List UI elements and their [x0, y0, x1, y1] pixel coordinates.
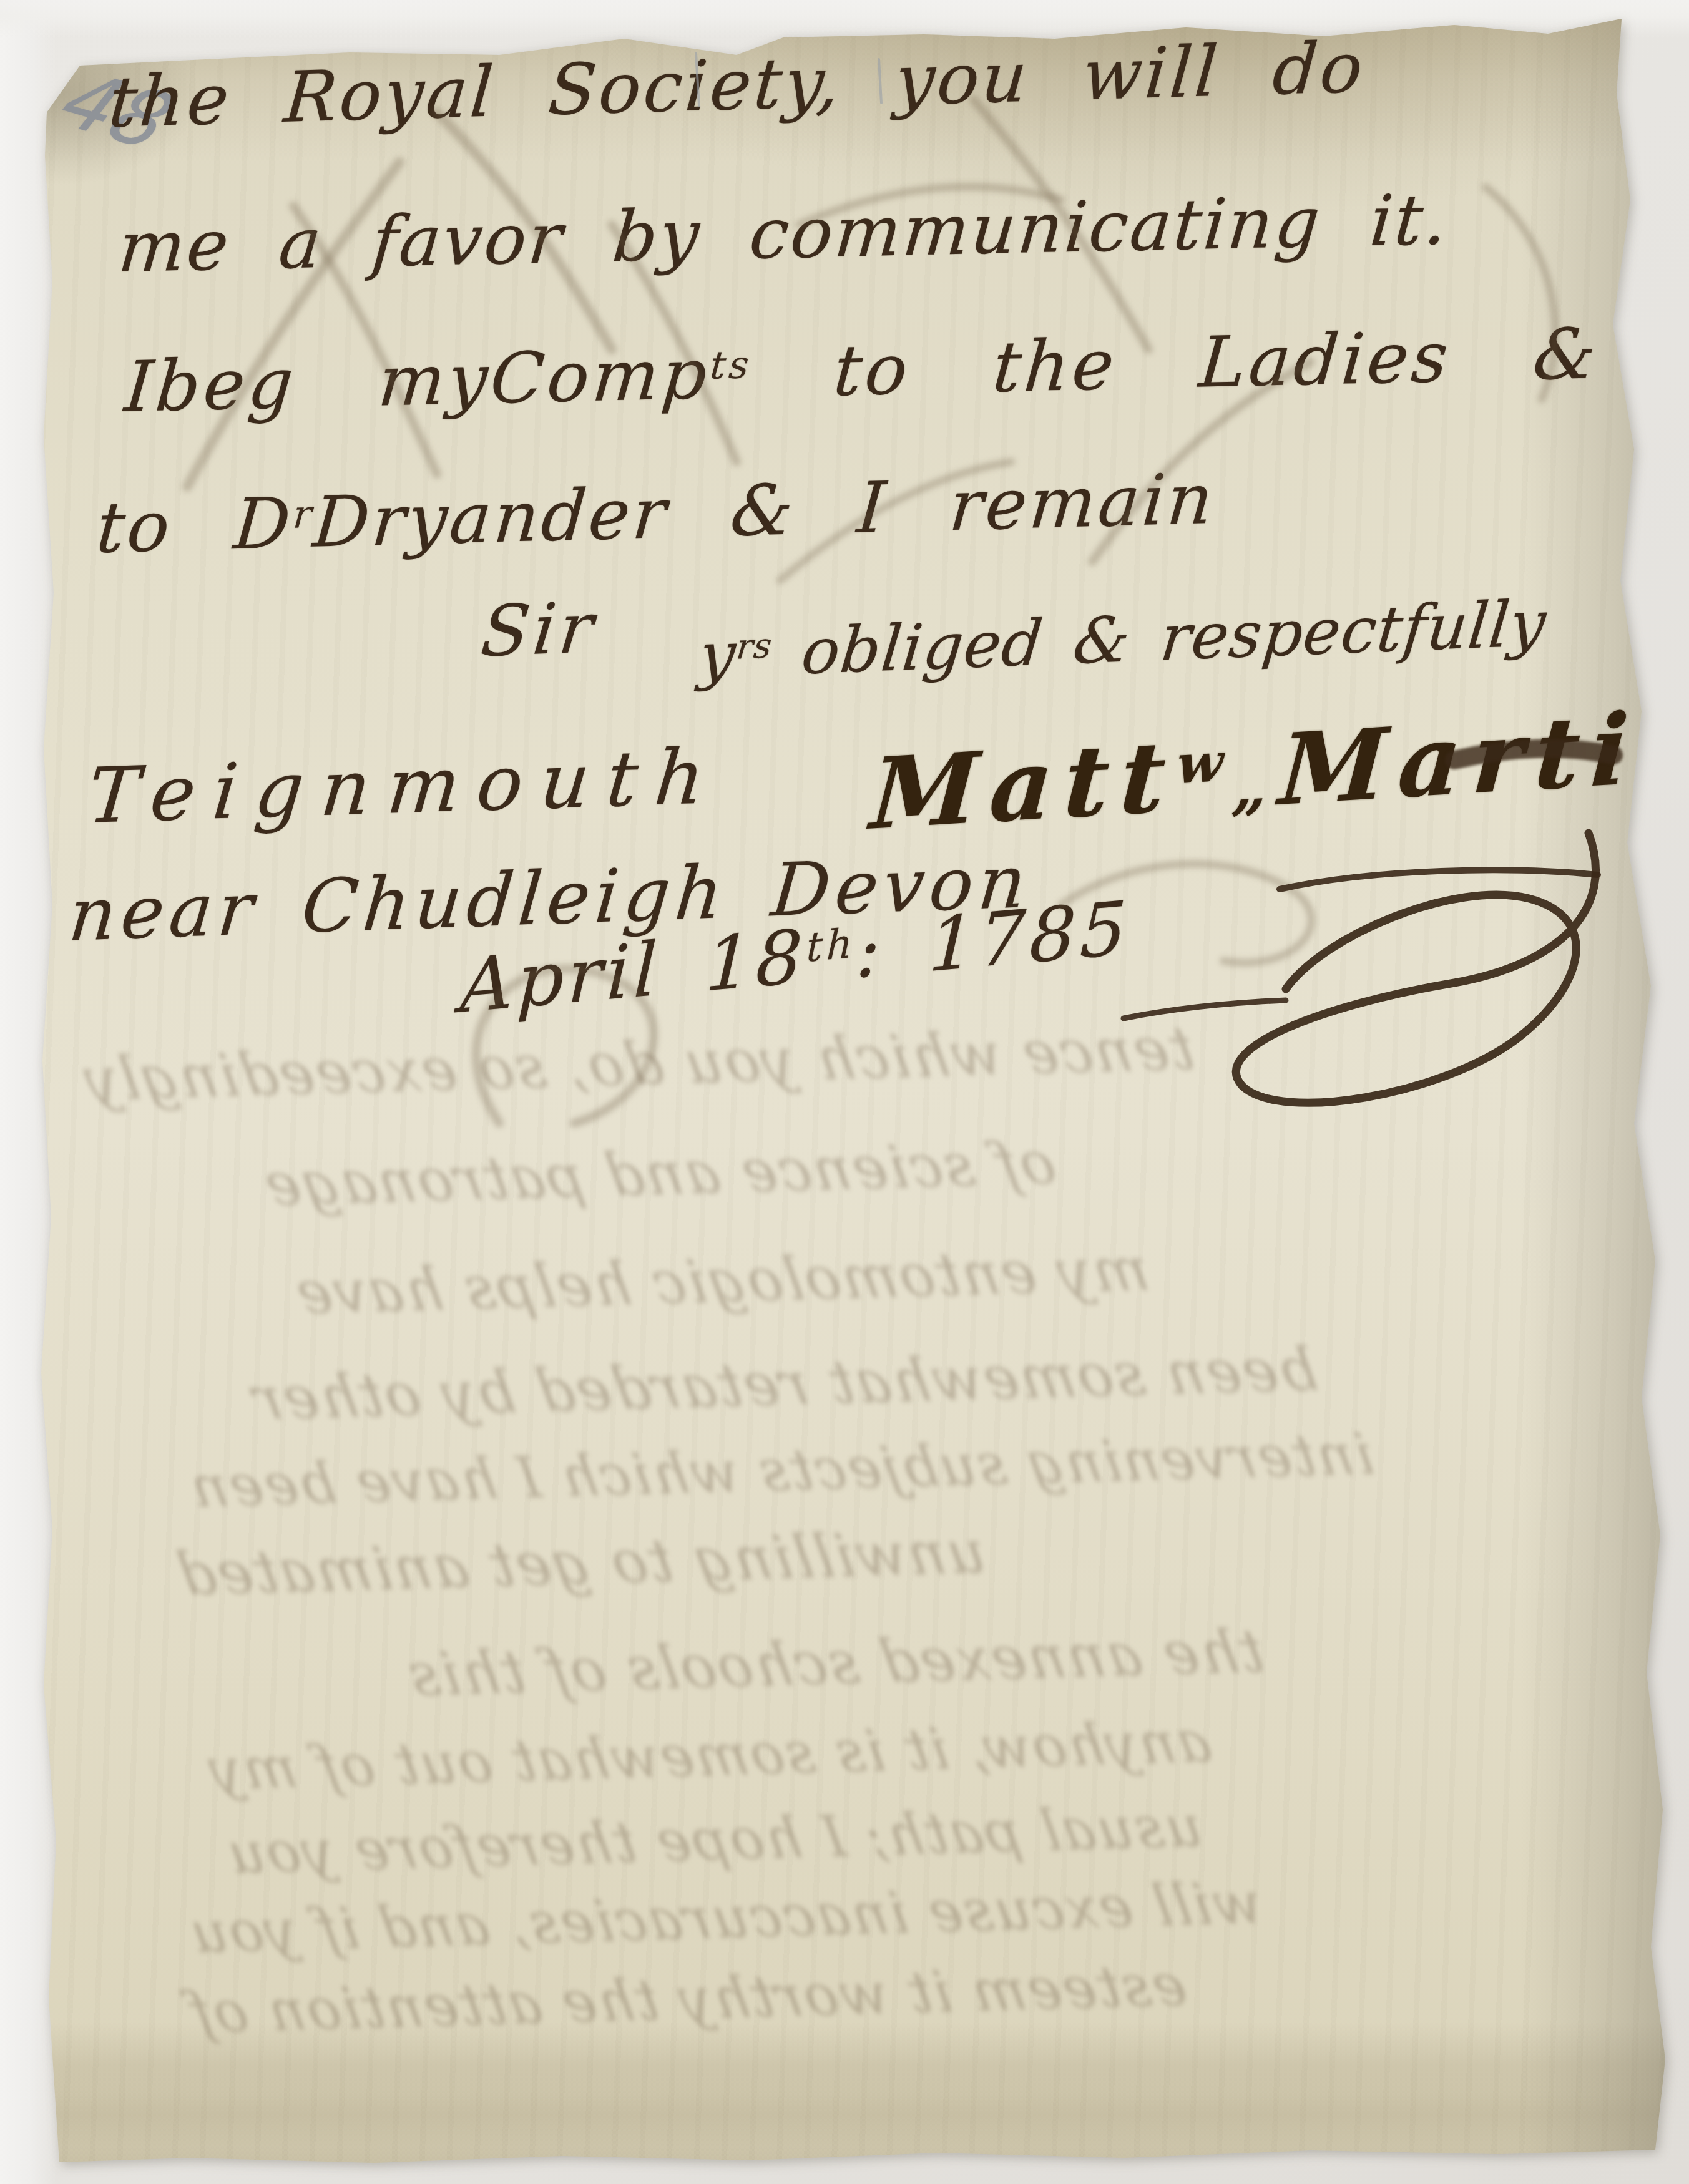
handwriting-segment: th: [806, 920, 857, 971]
bleedthrough-line: tence which you do, so exceedingly: [78, 1015, 1200, 1114]
letter-line-2: me a favor by communicating it.: [115, 179, 1452, 288]
handwriting-segment: rs: [735, 625, 775, 667]
letter-line-3: Ibeg myCompts to the Ladies &: [122, 313, 1602, 428]
place-line-teignmouth: Teignmouth: [84, 732, 726, 841]
salutation: Sir: [477, 587, 601, 673]
handwriting-segment: obliged & respectfully: [768, 586, 1550, 690]
scanned-letter-page: 48 tence which you do, so exceedinglyof …: [0, 0, 1689, 2184]
handwriting-segment: to the Ladies &: [748, 313, 1602, 414]
bleedthrough-line: my entomologic helps have: [290, 1236, 1154, 1328]
handwriting-segment: me a favor by communicating it.: [115, 179, 1452, 288]
closing-line: yrs obliged & respectfully: [696, 586, 1550, 693]
handwriting-segment: Martin: [1276, 686, 1689, 827]
handwriting-segment: ts: [708, 342, 753, 388]
bleedthrough-line: unwilling to get animated: [171, 1519, 991, 1609]
handwriting-segment: w: [1175, 730, 1236, 797]
bleedthrough-line: of science and patronage: [258, 1129, 1061, 1220]
handwriting-segment: y: [696, 617, 740, 693]
bleedthrough-line: intervening subjects which I have been: [184, 1421, 1378, 1520]
handwriting-segment: Dryander & I remain: [310, 459, 1218, 563]
handwriting-segment: „: [1230, 749, 1281, 824]
bleedthrough-line: been somewhat retarded by other: [247, 1336, 1323, 1434]
handwriting-segment: Matt: [868, 719, 1180, 852]
bleedthrough-line: the annexed schools of this: [402, 1618, 1269, 1710]
bleedthrough-line: will excuse inaccuracies, and if you: [184, 1871, 1266, 1966]
bleedthrough-line: esteem it worthy the attention of: [184, 1953, 1192, 2047]
bleedthrough-line: usual path; I hope therefore you: [222, 1794, 1207, 1887]
handwriting-segment: Ibeg myComp: [122, 333, 713, 428]
letter-line-4: to DrDryander & I remain: [94, 459, 1218, 569]
handwriting-segment: to D: [94, 482, 296, 569]
letter-line-1: the Royal Society, you will do: [106, 27, 1368, 144]
signature: Mattw„Martin: [868, 686, 1689, 852]
signature-flourish: [1236, 833, 1595, 1103]
handwriting-segment: the Royal Society, you will do: [106, 27, 1368, 144]
date-dash: [1124, 1000, 1286, 1018]
paper-sheet: 48 tence which you do, so exceedinglyof …: [0, 0, 1689, 2184]
bleedthrough-line: anyhow, it is somewhat out of my: [203, 1710, 1217, 1803]
signature-underline: [1280, 870, 1598, 889]
paper-sheet-wrap: 48 tence which you do, so exceedinglyof …: [0, 0, 1689, 2184]
